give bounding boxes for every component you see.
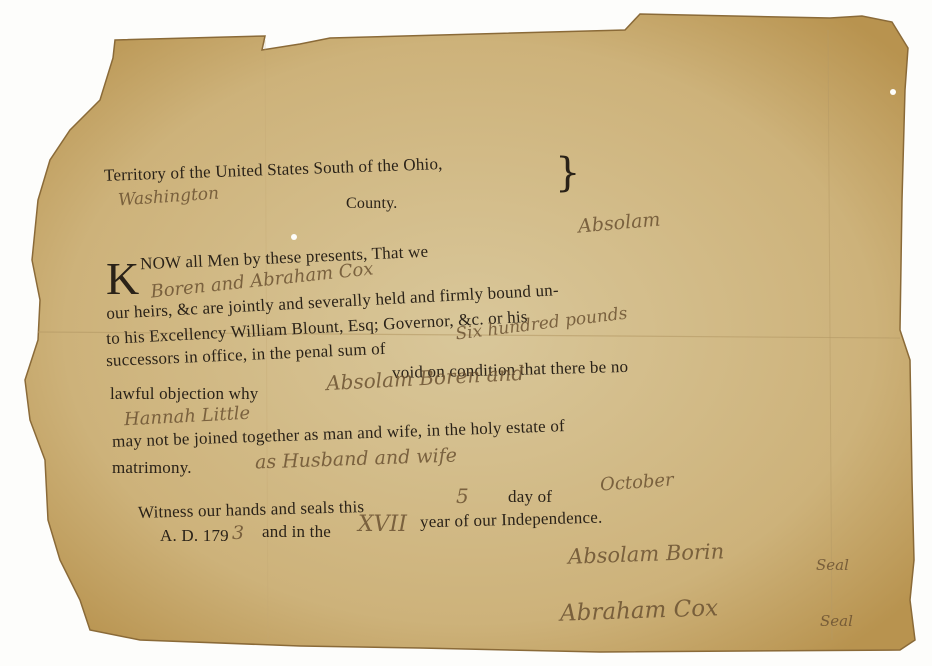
witness-line-1b: day of: [508, 487, 552, 507]
witness-year-prefix: A. D. 179: [160, 526, 229, 546]
seal-1: Seal: [816, 556, 849, 574]
document-paper: Territory of the United States South of …: [0, 0, 932, 666]
county-label: County.: [346, 195, 397, 213]
seal-2: Seal: [820, 612, 853, 630]
hand-year: 3: [232, 522, 244, 544]
signature-2: Abraham Cox: [560, 595, 719, 627]
hand-independence-year: XVII: [358, 512, 407, 537]
body-line-10: matrimony.: [112, 458, 192, 478]
drop-cap: K: [106, 256, 139, 302]
hand-day: 5: [456, 484, 469, 508]
brace-symbol: }: [555, 150, 580, 196]
witness-line-2a: and in the: [262, 522, 331, 542]
body-line-7: lawful objection why: [110, 384, 258, 404]
